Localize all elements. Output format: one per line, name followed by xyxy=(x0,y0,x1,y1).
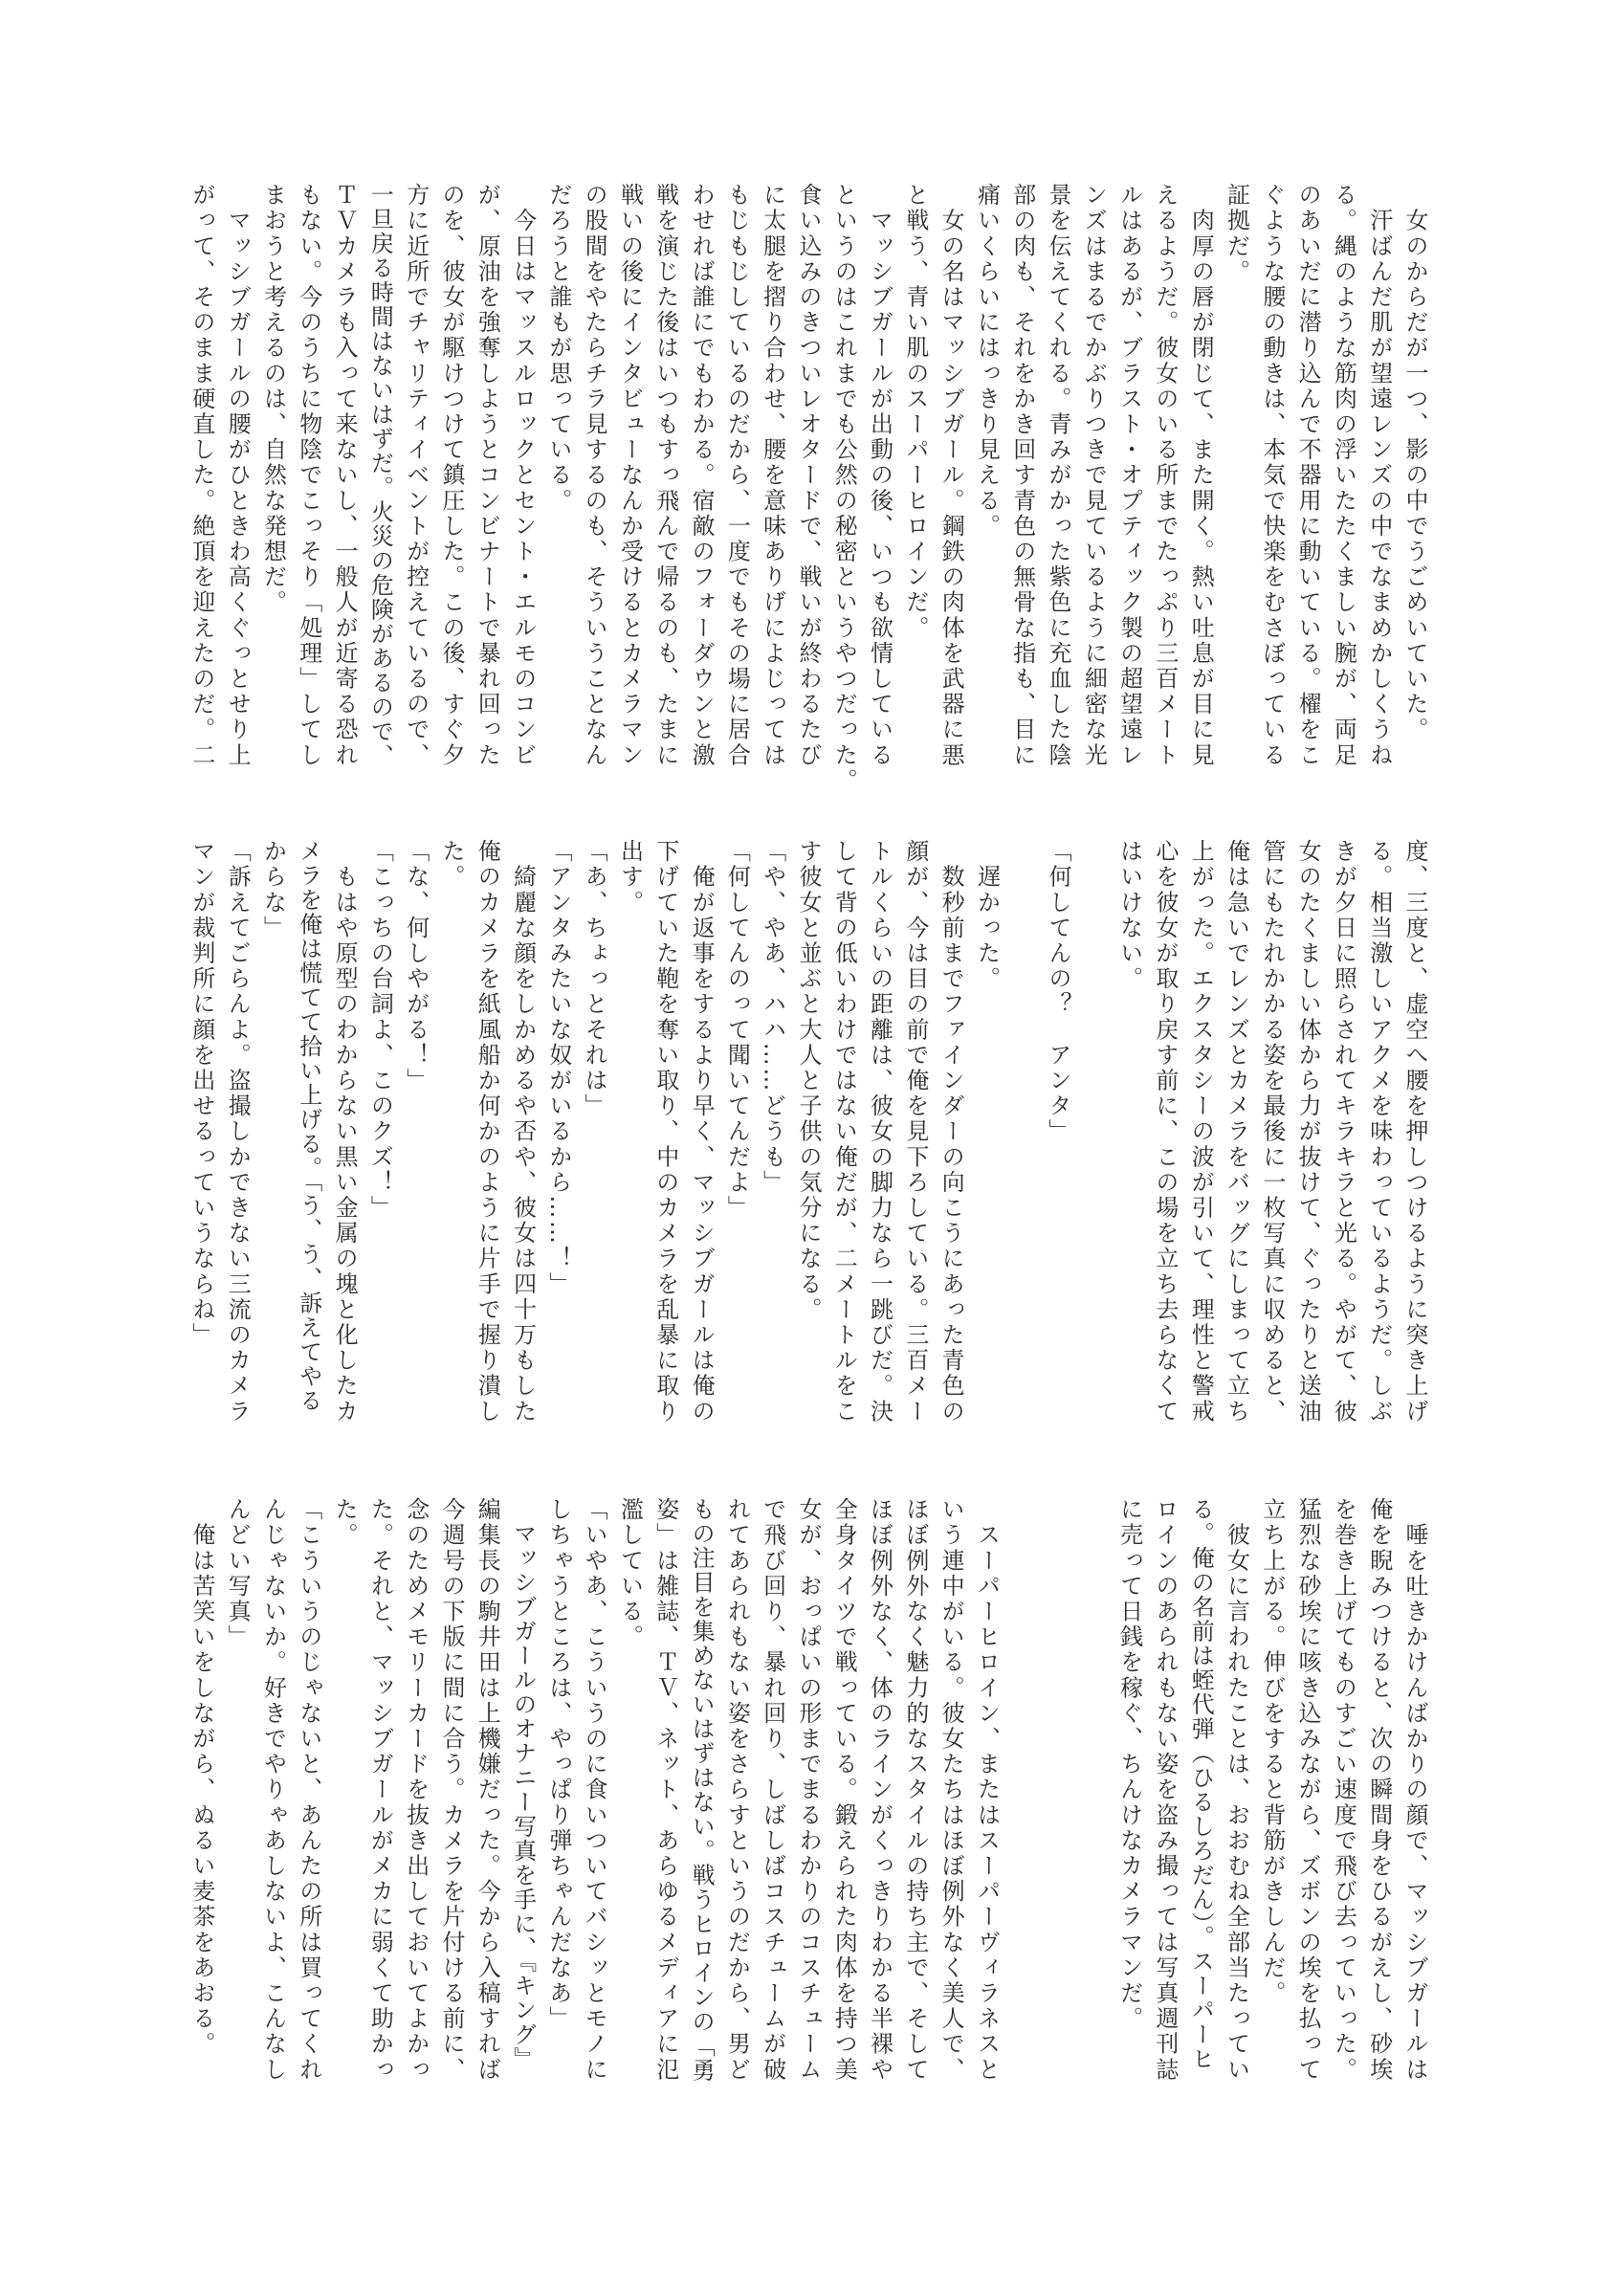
text-line: の股間をやたらチラ見するのも、そういうことなん xyxy=(576,183,611,768)
dialogue-line: 「こういうのじゃないと、あんたの所は買ってくれ xyxy=(291,1497,326,2083)
text-line: というのはこれまでも公然の秘密というやつだった。 xyxy=(826,183,861,768)
text-line: 俺は急いでレンズとカメラをバッグにしまって立ち xyxy=(1218,839,1253,1424)
text-line: して背の低いわけではない俺だが、二メートルをこ xyxy=(826,839,861,1424)
text-line: ＴＶカメラも入って来ないし、一般人が近寄る恐れ xyxy=(326,183,362,768)
text-line: 今週号の下版に間に合う。カメラを片付ける前に、 xyxy=(433,1497,469,2083)
text-line: 戦いの後にインタビューなんか受けるとカメラマン xyxy=(611,183,647,768)
text-line: を巻き上げてものすごい速度で飛び去っていった。 xyxy=(1325,1497,1360,2083)
text-line: マッシブガールのオナニー写真を手に、『キング』 xyxy=(504,1497,540,2083)
text-line: 汗ばんだ肌が望遠レンズの中でなまめかしくうね xyxy=(1360,183,1396,768)
text-line: ルはあるが、ブラスト・オプティック製の超望遠レ xyxy=(1111,183,1146,768)
text-line: 俺を睨みつけると、次の瞬間身をひるがえし、砂埃 xyxy=(1360,1497,1396,2083)
text-line: る。縄のような筋肉の浮いたたくましい腕が、両足 xyxy=(1325,183,1360,768)
text-line: 管にもたれかかる姿を最後に一枚写真に収めると、 xyxy=(1254,839,1290,1424)
text-line: 綺麗な顔をしかめるや否や、彼女は四十万もした xyxy=(504,839,540,1424)
text-line: 立ち上がる。伸びをすると背筋がきしんだ。 xyxy=(1254,1497,1290,2083)
text-line: 念のためメモリーカードを抜き出しておいてよかっ xyxy=(397,1497,432,2083)
text-line: 度、三度と、虚空へ腰を押しつけるように突き上げ xyxy=(1397,839,1432,1424)
text-line: 俺が返事をするより早く、マッシブガールは俺の xyxy=(683,839,718,1424)
text-line: トルくらいの距離は、彼女の脚力なら一跳びだ。決 xyxy=(861,839,896,1424)
text-line: 一旦戻る時間はないはずだ。火災の危険があるので、 xyxy=(362,183,397,768)
text-line: まおうと考えるのは、自然な発想だ。 xyxy=(254,183,290,768)
text-line: 猛烈な砂埃に咳き込みながら、ズボンの埃を払って xyxy=(1290,1497,1325,2083)
text-line: もじもじしているのだから、一度でもその場に居合 xyxy=(718,183,754,768)
text-line: マッシブガールの腰がひときわ高くぐっとせり上 xyxy=(219,183,254,768)
dialogue-line: 「何してんのって聞いてんだよ」 xyxy=(718,839,754,1424)
dialogue-line: んじゃないか。好きでやりゃあしないよ、こんなし xyxy=(254,1497,290,2083)
text-line: 出す。 xyxy=(611,839,647,1424)
text-line: 俺のカメラを紙風船か何かのように片手で握り潰し xyxy=(469,839,504,1424)
dialogue-line: 「あ、ちょっとそれは」 xyxy=(576,839,611,1424)
text-line: わせれば誰にでもわかる。宿敵のフォーダウンと激 xyxy=(683,183,718,768)
text-line: と戦う、青い肌のスーパーヒロインだ。 xyxy=(897,183,933,768)
text-line: もの注目を集めないはずはない。戦うヒロインの「勇 xyxy=(683,1497,718,2083)
text-line: スーパーヒロイン、またはスーパーヴィラネスと xyxy=(968,1497,1003,2083)
text-line: が、原油を強奪しようとコンビナートで暴れ回った xyxy=(469,183,504,768)
dialogue-line: 「訴えてごらんよ。盗撮しかできない三流のカメラ xyxy=(219,839,254,1424)
text-line: 戦を演じた後はいつもすっ飛んで帰るのも、たまに xyxy=(647,183,682,768)
text-line: 今日はマッスルロックとセント・エルモのコンビ xyxy=(504,183,540,768)
text-line: 女が、おっぱいの形までまるわかりのコスチューム xyxy=(790,1497,826,2083)
document-page: 女のからだが一つ、影の中でうごめいていた。 汗ばんだ肌が望遠レンズの中でなまめか… xyxy=(0,0,1610,2296)
text-line: からな」 xyxy=(254,839,290,1424)
dialogue-line: 「いやあ、こういうのに食いついてバシッとモノに xyxy=(576,1497,611,2083)
dialogue-line: んどい写真」 xyxy=(219,1497,254,2083)
text-line: 心を彼女が取り戻す前に、この場を立ち去らなくて xyxy=(1147,839,1182,1424)
text-tier-middle: 度、三度と、虚空へ腰を押しつけるように突き上げ る。相当激しいアクメを味わってい… xyxy=(183,839,1432,1424)
blank-line xyxy=(1003,1497,1039,2083)
text-line: もない。今のうちに物陰でこっそり「処理」してし xyxy=(291,183,326,768)
text-line: ンズはまるでかぶりつきで見ているように細密な光 xyxy=(1075,183,1111,768)
text-line: 下げていた鞄を奪い取り、中のカメラを乱暴に取り xyxy=(647,839,682,1424)
text-line: だろうと誰もが思っている。 xyxy=(540,183,576,768)
text-line: る。俺の名前は蛭代弾（ひるしろだん）。スーパーヒ xyxy=(1182,1497,1218,2083)
text-line: 濫している。 xyxy=(611,1497,647,2083)
text-line: 全身タイツで戦っている。鍛えられた肉体を持つ美 xyxy=(826,1497,861,2083)
text-tier-upper: 女のからだが一つ、影の中でうごめいていた。 汗ばんだ肌が望遠レンズの中でなまめか… xyxy=(183,183,1432,768)
dialogue-line: マンが裁判所に顔を出せるっていうならね」 xyxy=(184,839,219,1424)
text-line: ぐような腰の動きは、本気で快楽をむさぼっている xyxy=(1254,183,1290,768)
text-line: ほぼ例外なく魅力的なスタイルの持ち主で、そして xyxy=(897,1497,933,2083)
text-line: に太腿を摺り合わせ、腰を意味ありげによじっては xyxy=(754,183,789,768)
dialogue-line: 「アンタみたいな奴がいるから……！」 xyxy=(540,839,576,1424)
text-line: た。 xyxy=(433,839,469,1424)
text-line: 女のたくましい体から力が抜けて、ぐったりと送油 xyxy=(1290,839,1325,1424)
text-line: 姿」は雑誌、ＴＶ、ネット、あらゆるメディアに氾 xyxy=(647,1497,682,2083)
text-line: 編集長の駒井田は上機嫌だった。今から入稿すれば xyxy=(469,1497,504,2083)
text-line: いう連中がいる。彼女たちはほぼ例外なく美人で、 xyxy=(933,1497,968,2083)
text-line: 女のからだが一つ、影の中でうごめいていた。 xyxy=(1397,183,1432,768)
text-line: マッシブガールが出動の後、いつも欲情している xyxy=(861,183,896,768)
text-line: で飛び回り、暴れ回り、しばしばコスチュームが破 xyxy=(754,1497,789,2083)
text-line: れてあられもない姿をさらすというのだから、男ど xyxy=(718,1497,754,2083)
text-line: 遅かった。 xyxy=(968,839,1003,1424)
text-line: 彼女に言われたことは、おおむね全部当たってい xyxy=(1218,1497,1253,2083)
text-line: もはや原型のわからない黒い金属の塊と化したカ xyxy=(326,839,362,1424)
text-line: はいけない。 xyxy=(1111,839,1146,1424)
dialogue-line: 「や、やあ、ハハ……どうも」 xyxy=(754,839,789,1424)
text-line: す彼女と並ぶと大人と子供の気分になる。 xyxy=(790,839,826,1424)
text-line: 顔が、今は目の前で俺を見下ろしている。三百メー xyxy=(897,839,933,1424)
text-line: 証拠だ。 xyxy=(1218,183,1253,768)
text-line: ほぼ例外なく、体のラインがくっきりわかる半裸や xyxy=(861,1497,896,2083)
text-line: 痛いくらいにはっきり見える。 xyxy=(968,183,1003,768)
text-line: 部の肉も、それをかき回す青色の無骨な指も、目に xyxy=(1003,183,1039,768)
text-line: ロインのあられもない姿を盗み撮っては写真週刊誌 xyxy=(1147,1497,1182,2083)
text-line: がって、そのまま硬直した。絶頂を迎えたのだ。二 xyxy=(184,183,219,768)
blank-line xyxy=(1003,839,1039,1424)
text-line: きが夕日に照らされてキラキラと光る。やがて、彼 xyxy=(1325,839,1360,1424)
text-line: のあいだに潜り込んで不器用に動いている。櫂をこ xyxy=(1290,183,1325,768)
dialogue-line: 「な、何しやがる！」 xyxy=(397,839,432,1424)
text-line: 唾を吐きかけんばかりの顔で、マッシブガールは xyxy=(1397,1497,1432,2083)
text-line: た。 xyxy=(326,1497,362,2083)
dialogue-line: 「何してんの？ アンタ」 xyxy=(1040,839,1075,1424)
text-line: 上がった。エクスタシーの波が引いて、理性と警戒 xyxy=(1182,839,1218,1424)
text-line: メラを俺は慌てて拾い上げる。「う、う、訴えてやる xyxy=(291,839,326,1424)
text-line: 数秒前までファインダーの向こうにあった青色の xyxy=(933,839,968,1424)
text-line: 女の名はマッシブガール。鋼鉄の肉体を武器に悪 xyxy=(933,183,968,768)
text-line: に売って日銭を稼ぐ、ちんけなカメラマンだ。 xyxy=(1111,1497,1146,2083)
text-line: た。それと、マッシブガールがメカに弱くて助かっ xyxy=(362,1497,397,2083)
text-tier-lower: 唾を吐きかけんばかりの顔で、マッシブガールは 俺を睨みつけると、次の瞬間身をひる… xyxy=(183,1497,1432,2083)
text-line: 俺は苦笑いをしながら、ぬるい麦茶をあおる。 xyxy=(184,1497,219,2083)
dialogue-line: 「こっちの台詞よ、このクズ！」 xyxy=(362,839,397,1424)
text-line: のを、彼女が駆けつけて鎮圧した。この後、すぐ夕 xyxy=(433,183,469,768)
blank-line xyxy=(1040,1497,1075,2083)
blank-line xyxy=(1075,1497,1111,2083)
text-line: 肉厚の唇が閉じて、また開く。熱い吐息が目に見 xyxy=(1182,183,1218,768)
text-line: 景を伝えてくれる。青みがかった紫色に充血した陰 xyxy=(1040,183,1075,768)
text-line: る。相当激しいアクメを味わっているようだ。しぶ xyxy=(1360,839,1396,1424)
text-line: えるようだ。彼女のいる所までたっぷり三百メート xyxy=(1147,183,1182,768)
text-line: 方に近所でチャリティイベントが控えているので、 xyxy=(397,183,432,768)
dialogue-line: しちゃうところは、やっぱり弾ちゃんだなあ」 xyxy=(540,1497,576,2083)
blank-line xyxy=(1075,839,1111,1424)
text-line: 食い込みのきついレオタードで、戦いが終わるたび xyxy=(790,183,826,768)
